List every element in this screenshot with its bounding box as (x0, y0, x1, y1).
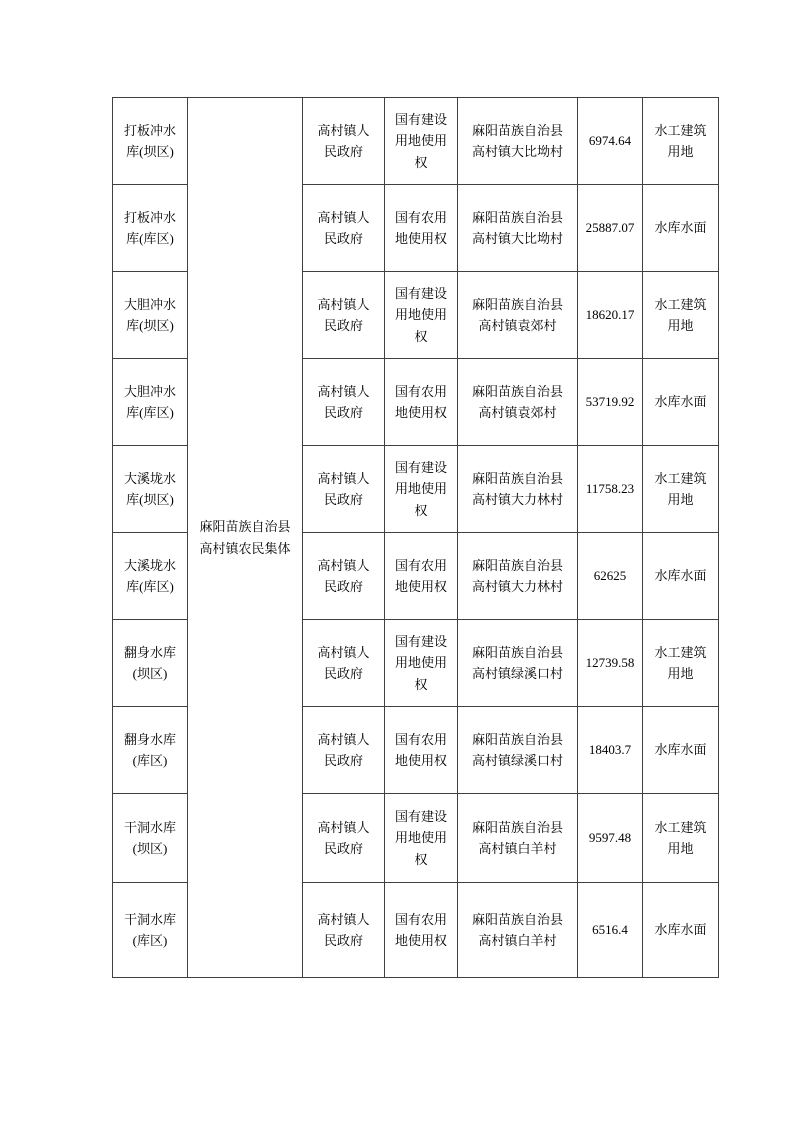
government-cell: 高村镇人民政府 (303, 185, 385, 272)
land-right-type-cell: 国有建设用地使用权 (385, 272, 458, 359)
area-value-cell: 9597.48 (578, 794, 643, 883)
location-cell: 麻阳苗族自治县高村镇袁郊村 (458, 272, 578, 359)
government-cell: 高村镇人民政府 (303, 533, 385, 620)
location-cell: 麻阳苗族自治县高村镇绿溪口村 (458, 620, 578, 707)
area-value-cell: 25887.07 (578, 185, 643, 272)
reservoir-name-cell: 打板冲水库(坝区) (113, 98, 188, 185)
land-type-cell: 水工建筑用地 (643, 446, 719, 533)
government-cell: 高村镇人民政府 (303, 620, 385, 707)
land-right-type-cell: 国有建设用地使用权 (385, 794, 458, 883)
land-type-cell: 水库水面 (643, 185, 719, 272)
land-type-cell: 水库水面 (643, 707, 719, 794)
collective-owner-cell: 麻阳苗族自治县高村镇农民集体 (188, 98, 303, 978)
reservoir-name-cell: 大溪垅水库(坝区) (113, 446, 188, 533)
location-cell: 麻阳苗族自治县高村镇绿溪口村 (458, 707, 578, 794)
area-value-cell: 18620.17 (578, 272, 643, 359)
land-right-type-cell: 国有农用地使用权 (385, 359, 458, 446)
land-type-cell: 水库水面 (643, 359, 719, 446)
area-value-cell: 12739.58 (578, 620, 643, 707)
reservoir-name-cell: 大胆冲水库(坝区) (113, 272, 188, 359)
location-cell: 麻阳苗族自治县高村镇袁郊村 (458, 359, 578, 446)
reservoir-name-cell: 打板冲水库(库区) (113, 185, 188, 272)
area-value-cell: 6974.64 (578, 98, 643, 185)
land-right-type-cell: 国有建设用地使用权 (385, 620, 458, 707)
document-page: 打板冲水库(坝区) 麻阳苗族自治县高村镇农民集体 高村镇人民政府 国有建设用地使… (0, 0, 793, 1122)
government-cell: 高村镇人民政府 (303, 272, 385, 359)
land-parcel-table: 打板冲水库(坝区) 麻阳苗族自治县高村镇农民集体 高村镇人民政府 国有建设用地使… (112, 97, 719, 978)
land-type-cell: 水库水面 (643, 883, 719, 978)
government-cell: 高村镇人民政府 (303, 446, 385, 533)
government-cell: 高村镇人民政府 (303, 359, 385, 446)
table-row: 打板冲水库(坝区) 麻阳苗族自治县高村镇农民集体 高村镇人民政府 国有建设用地使… (113, 98, 719, 185)
area-value-cell: 62625 (578, 533, 643, 620)
area-value-cell: 6516.4 (578, 883, 643, 978)
land-right-type-cell: 国有农用地使用权 (385, 185, 458, 272)
land-right-type-cell: 国有农用地使用权 (385, 883, 458, 978)
location-cell: 麻阳苗族自治县高村镇大力林村 (458, 446, 578, 533)
area-value-cell: 53719.92 (578, 359, 643, 446)
location-cell: 麻阳苗族自治县高村镇白羊村 (458, 883, 578, 978)
land-type-cell: 水工建筑用地 (643, 272, 719, 359)
land-type-cell: 水工建筑用地 (643, 98, 719, 185)
reservoir-name-cell: 大胆冲水库(库区) (113, 359, 188, 446)
government-cell: 高村镇人民政府 (303, 707, 385, 794)
area-value-cell: 18403.7 (578, 707, 643, 794)
location-cell: 麻阳苗族自治县高村镇大比坳村 (458, 185, 578, 272)
land-type-cell: 水工建筑用地 (643, 620, 719, 707)
government-cell: 高村镇人民政府 (303, 98, 385, 185)
land-type-cell: 水库水面 (643, 533, 719, 620)
land-right-type-cell: 国有农用地使用权 (385, 707, 458, 794)
location-cell: 麻阳苗族自治县高村镇白羊村 (458, 794, 578, 883)
land-right-type-cell: 国有建设用地使用权 (385, 446, 458, 533)
reservoir-name-cell: 干洞水库(库区) (113, 883, 188, 978)
reservoir-name-cell: 翻身水库(坝区) (113, 620, 188, 707)
government-cell: 高村镇人民政府 (303, 883, 385, 978)
location-cell: 麻阳苗族自治县高村镇大力林村 (458, 533, 578, 620)
reservoir-name-cell: 大溪垅水库(库区) (113, 533, 188, 620)
reservoir-name-cell: 翻身水库(库区) (113, 707, 188, 794)
government-cell: 高村镇人民政府 (303, 794, 385, 883)
area-value-cell: 11758.23 (578, 446, 643, 533)
location-cell: 麻阳苗族自治县高村镇大比坳村 (458, 98, 578, 185)
land-right-type-cell: 国有农用地使用权 (385, 533, 458, 620)
reservoir-name-cell: 干洞水库(坝区) (113, 794, 188, 883)
land-right-type-cell: 国有建设用地使用权 (385, 98, 458, 185)
land-type-cell: 水工建筑用地 (643, 794, 719, 883)
